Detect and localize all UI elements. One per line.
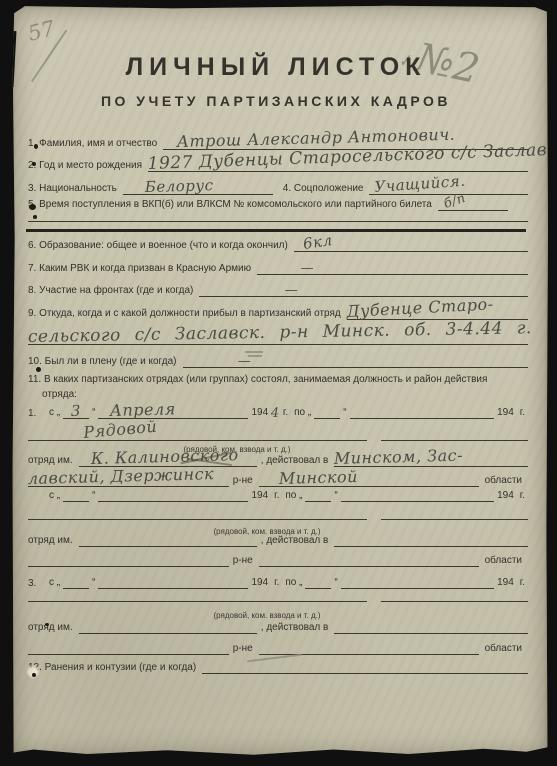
- scan-background: { "colors": { "background": "#101010", "…: [0, 0, 557, 766]
- form-title: ЛИЧНЫЙ ЛИСТОК: [12, 53, 540, 82]
- field-10-value: —: [238, 356, 252, 367]
- field-7-value: —: [300, 263, 314, 274]
- entry-1-from-year-digit: 4: [271, 408, 280, 419]
- field-7: 7. Каким РВК и когда призван в Красную А…: [28, 253, 528, 275]
- entry-2-rank-row: [28, 500, 528, 520]
- entry-2-date-row: с „ “ 194 г. по „ “ 194 г.: [28, 480, 528, 502]
- field-12-label: 12. Ранения и контузии (где и когда): [28, 662, 202, 675]
- token-year: 194: [248, 407, 271, 420]
- entry-1-date-row: 1. с „ 3 “ Апреля 194 4 г. по „ “ 194 г.: [28, 397, 528, 419]
- form-subtitle: ПО УЧЕТУ ПАРТИЗАНСКИХ КАДРОВ: [12, 93, 540, 109]
- field-8-label: 8. Участие на фронтах (где и когда): [28, 285, 199, 298]
- entry-1-unit-row: отряд им. К. Калиновского , действовал в…: [28, 446, 528, 467]
- token-quote: “: [89, 407, 98, 420]
- field-12: 12. Ранения и контузии (где и когда): [28, 652, 528, 674]
- field-1-label: 1. Фамилия, имя и отчество: [28, 138, 163, 151]
- field-2: 2. Год и место рождения 1927 Дубенцы Ста…: [28, 150, 528, 172]
- field-9-value-line2: сельского с/с Заславск. р-н Минск. об. 3…: [28, 321, 532, 344]
- entry-2-district-row: р-не области: [28, 546, 528, 567]
- field-2-label: 2. Год и место рождения: [28, 160, 148, 173]
- field-5: 5. Время поступления в ВКП(б) или ВЛКСМ …: [28, 191, 528, 211]
- entry-1-acted-in: Минском, Зас-: [334, 449, 463, 466]
- field-11-label-line1: 11. В каких партизанских отрядах (или гр…: [28, 373, 528, 388]
- entry-1-rank: Рядовой: [83, 420, 158, 440]
- entry-3-rank-row: [28, 582, 528, 602]
- field-5-value: б/п: [442, 193, 467, 210]
- field-10: 10. Был ли в плену (где и когда) —: [28, 346, 528, 368]
- token-otryad-3: отряд им.: [28, 622, 79, 635]
- field-8-value: —: [285, 285, 299, 296]
- field-6-value: 6кл: [302, 234, 333, 251]
- pencil-archive-number: 57: [25, 16, 57, 46]
- scanned-form-page: 57 ✓ №2 ЛИЧНЫЙ ЛИСТОК ПО УЧЕТУ ПАРТИЗАНС…: [12, 5, 548, 757]
- field-7-label: 7. Каким РВК и когда призван в Красную А…: [28, 263, 257, 276]
- token-g: г.: [280, 407, 291, 420]
- token-po: по „: [291, 407, 314, 420]
- field-8: 8. Участие на фронтах (где и когда) —: [28, 275, 528, 297]
- entry-1-from-day: 3: [71, 405, 81, 418]
- field-9-line2: сельского с/с Заславск. р-н Минск. об. 3…: [28, 323, 528, 345]
- field-5-continuation-line: [28, 211, 528, 222]
- field-9: 9. Откуда, когда и с какой должности при…: [28, 298, 528, 320]
- entry-3-unit-row: отряд им. , действовал в: [28, 613, 528, 634]
- entry-2-unit-row: отряд им. , действовал в: [28, 526, 528, 547]
- field-10-label: 10. Был ли в плену (где и когда): [28, 356, 183, 369]
- field-6-label: 6. Образование: общее и военное (что и к…: [28, 240, 294, 253]
- token-s-quote: с „: [46, 407, 63, 420]
- field-6: 6. Образование: общее и военное (что и к…: [28, 230, 528, 252]
- field-9-value-line1: Дубенце Старо-: [346, 298, 494, 319]
- field-5-label: 5. Время поступления в ВКП(б) или ВЛКСМ …: [28, 199, 438, 212]
- entry-1-rank-row: Рядовой: [28, 419, 528, 441]
- field-9-label: 9. Откуда, когда и с какой должности при…: [28, 308, 347, 321]
- entry-1-number: 1.: [28, 408, 46, 419]
- entry-1-from-month: Апреля: [110, 403, 176, 418]
